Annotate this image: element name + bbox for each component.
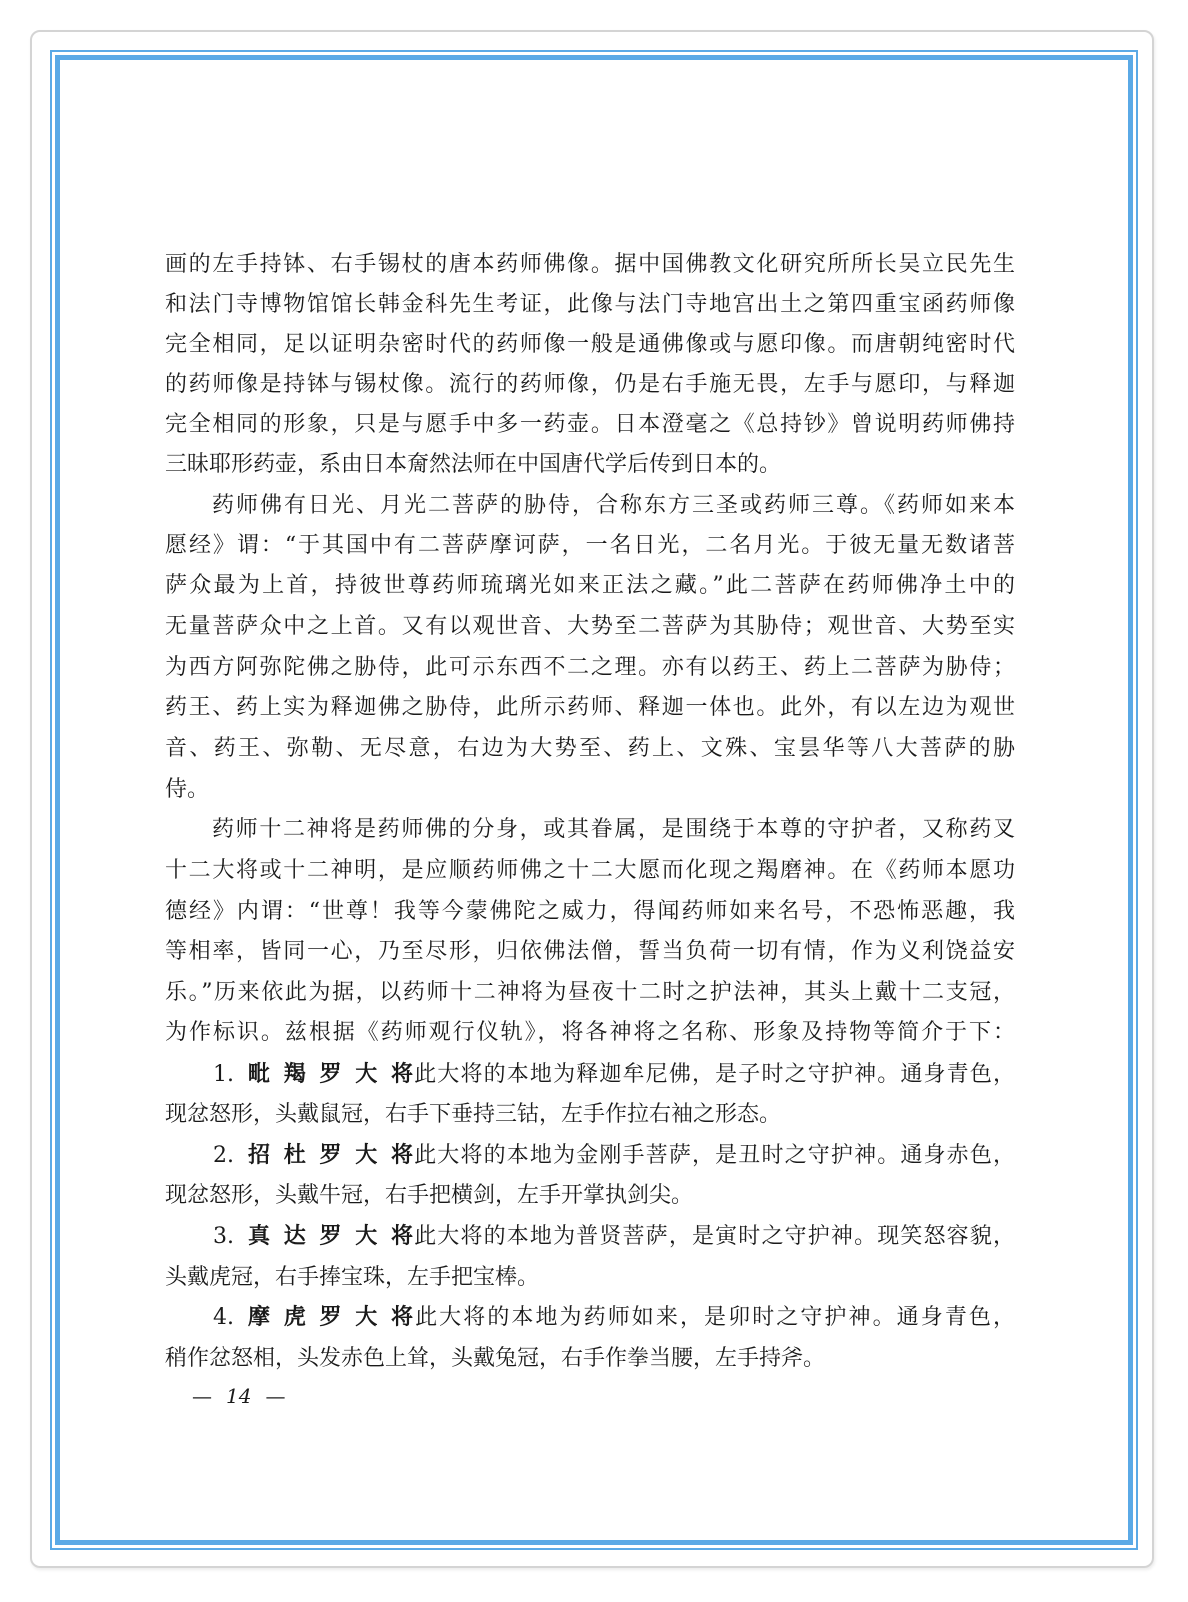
general-number: 4. [213, 1298, 248, 1338]
text-line: 画的左手持钵、右手锡杖的唐本药师佛像。据中国佛教文化研究所所长吴立民先生 [165, 245, 1015, 285]
general-description: 此大将的本地为普贤菩萨，是寅时之守护神。现笑怒容貌， [413, 1224, 1015, 1249]
text-line: 现忿怒形，头戴牛冠，右手把横剑，左手开掌执剑尖。 [165, 1176, 1015, 1216]
general-entry-2: 2.招杜罗大将此大将的本地为金刚手菩萨，是丑时之守护神。通身赤色， [165, 1136, 1015, 1176]
text-line: 音、药王、弥勒、无尽意，右边为大势至、药上、文殊、宝昙华等八大菩萨的胁 [165, 729, 1015, 769]
general-description: 此大将的本地为金刚手菩萨，是丑时之守护神。通身赤色， [413, 1143, 1015, 1168]
general-name: 真达罗大将 [248, 1217, 413, 1257]
text-line: 萨众最为上首，持彼世尊药师琉璃光如来正法之藏。”此二菩萨在药师佛净土中的 [165, 566, 1015, 606]
text-line: 药王、药上实为释迦佛之胁侍，此所示药师、释迦一体也。此外，有以左边为观世 [165, 688, 1015, 728]
general-name: 招杜罗大将 [248, 1136, 413, 1176]
text-line: 无量菩萨众中之上首。又有以观世音、大势至二菩萨为其胁侍；观世音、大势至实 [165, 607, 1015, 647]
page-number: —14— [192, 1380, 285, 1412]
general-entry-1: 1.毗羯罗大将此大将的本地为释迦牟尼佛，是子时之守护神。通身青色， [165, 1055, 1015, 1095]
text-line: 的药师像是持钵与锡杖像。流行的药师像，仍是右手施无畏，左手与愿印，与释迦 [165, 365, 1015, 405]
general-name: 摩虎罗大将 [248, 1298, 413, 1338]
general-description: 此大将的本地为药师如来，是卯时之守护神。通身青色， [413, 1305, 1015, 1330]
text-line: 完全相同的形象，只是与愿手中多一药壶。日本澄毫之《总持钞》曾说明药师佛持 [165, 405, 1015, 445]
text-line: 三昧耶形药壶，系由日本奝然法师在中国唐代学后传到日本的。 [165, 445, 1015, 485]
text-line: 愿经》谓：“于其国中有二菩萨摩诃萨，一名日光，二名月光。于彼无量无数诸菩 [165, 526, 1015, 566]
general-number: 1. [213, 1055, 248, 1095]
text-line: 乐。”历来依此为据，以药师十二神将为昼夜十二时之护法神，其头上戴十二支冠， [165, 973, 1015, 1013]
general-number: 3. [213, 1217, 248, 1257]
general-description: 此大将的本地为释迦牟尼佛，是子时之守护神。通身青色， [413, 1062, 1015, 1087]
general-name: 毗羯罗大将 [248, 1055, 413, 1095]
page-number-value: 14 [226, 1384, 251, 1408]
text-line: 药师佛有日光、月光二菩萨的胁侍，合称东方三圣或药师三尊。《药师如来本 [165, 486, 1015, 526]
text-line: 十二大将或十二神明，是应顺药师佛之十二大愿而化现之羯磨神。在《药师本愿功 [165, 851, 1015, 891]
text-line: 为作标识。兹根据《药师观行仪轨》，将各神将之名称、形象及持物等简介于下： [165, 1013, 1015, 1053]
text-line: 现忿怒形，头戴鼠冠，右手下垂持三钴，左手作拉右袖之形态。 [165, 1095, 1015, 1135]
text-line: 完全相同，足以证明杂密时代的药师像一般是通佛像或与愿印像。而唐朝纯密时代 [165, 325, 1015, 365]
general-number: 2. [213, 1136, 248, 1176]
dash-right: — [265, 1384, 285, 1408]
general-entry-3: 3.真达罗大将此大将的本地为普贤菩萨，是寅时之守护神。现笑怒容貌， [165, 1217, 1015, 1257]
general-entry-4: 4.摩虎罗大将此大将的本地为药师如来，是卯时之守护神。通身青色， [165, 1298, 1015, 1338]
text-line: 药师十二神将是药师佛的分身，或其眷属，是围绕于本尊的守护者，又称药叉 [165, 810, 1015, 850]
text-line: 为西方阿弥陀佛之胁侍，此可示东西不二之理。亦有以药王、药上二菩萨为胁侍； [165, 648, 1015, 688]
text-line: 稍作忿怒相，头发赤色上耸，头戴兔冠，右手作拳当腰，左手持斧。 [165, 1339, 1015, 1379]
text-line: 头戴虎冠，右手捧宝珠，左手把宝棒。 [165, 1258, 1015, 1298]
text-line: 侍。 [165, 770, 1015, 810]
text-line: 和法门寺博物馆馆长韩金科先生考证，此像与法门寺地宫出土之第四重宝函药师像 [165, 285, 1015, 325]
text-line: 等相率，皆同一心，乃至尽形，归依佛法僧，誓当负荷一切有情，作为义利饶益安 [165, 932, 1015, 972]
dash-left: — [192, 1384, 212, 1408]
text-line: 德经》内谓：“世尊！我等今蒙佛陀之威力，得闻药师如来名号，不恐怖恶趣，我 [165, 892, 1015, 932]
